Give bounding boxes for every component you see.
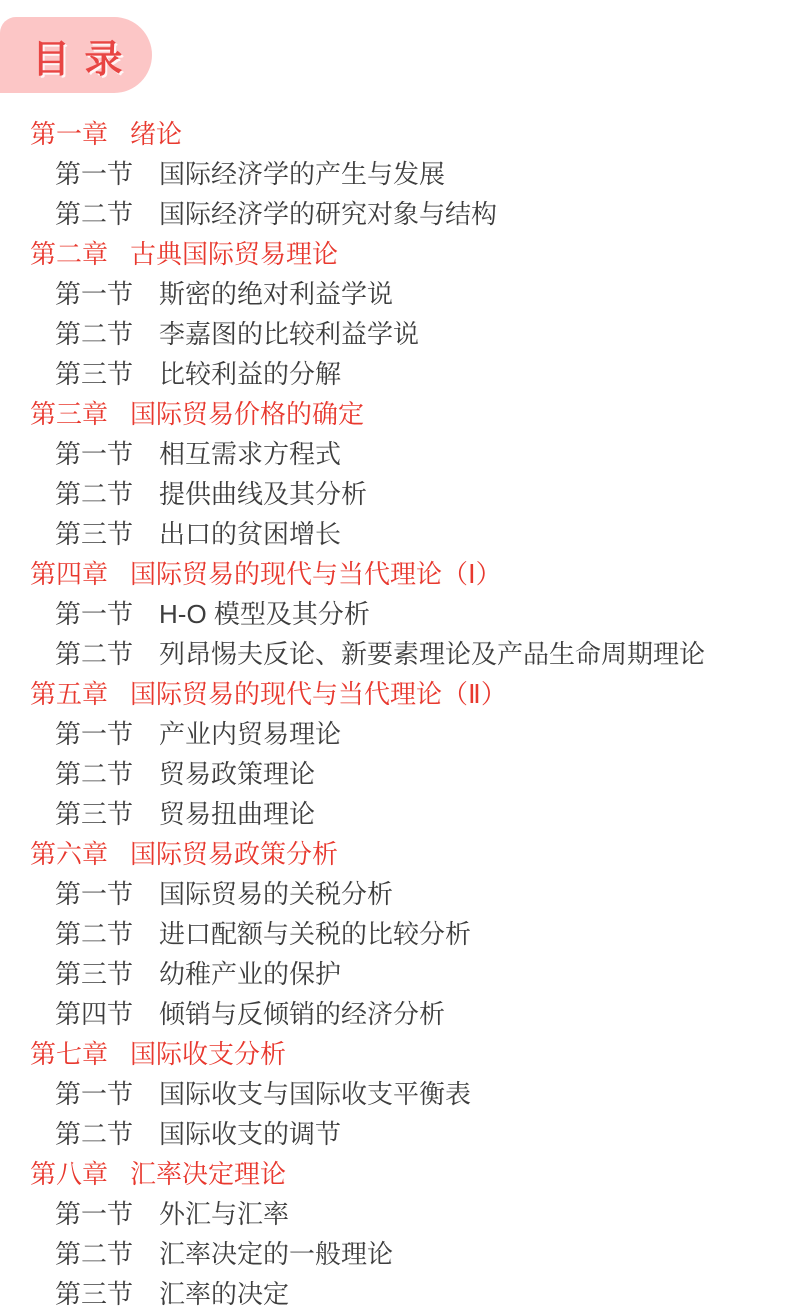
section-title: 外汇与汇率 [159, 1194, 289, 1234]
chapter-title: 国际贸易的现代与当代理论（Ⅰ） [130, 554, 502, 594]
section-label: 第一节 [55, 274, 133, 314]
section-row: 第一节外汇与汇率 [0, 1194, 790, 1234]
section-title: 国际贸易的关税分析 [159, 874, 393, 914]
section-row: 第一节产业内贸易理论 [0, 714, 790, 754]
section-row: 第二节提供曲线及其分析 [0, 474, 790, 514]
chapter-row: 第八章汇率决定理论 [0, 1154, 790, 1194]
section-row: 第二节贸易政策理论 [0, 754, 790, 794]
section-title: 国际经济学的产生与发展 [159, 154, 445, 194]
section-title: 倾销与反倾销的经济分析 [159, 994, 445, 1034]
section-title: 国际收支与国际收支平衡表 [159, 1074, 471, 1114]
section-row: 第四节倾销与反倾销的经济分析 [0, 994, 790, 1034]
section-title: 进口配额与关税的比较分析 [159, 914, 471, 954]
section-title: 国际经济学的研究对象与结构 [159, 194, 497, 234]
chapter-row: 第五章国际贸易的现代与当代理论（Ⅱ） [0, 674, 790, 714]
section-row: 第三节比较利益的分解 [0, 354, 790, 394]
section-label: 第三节 [55, 954, 133, 994]
section-row: 第二节国际经济学的研究对象与结构 [0, 194, 790, 234]
section-row: 第三节出口的贫困增长 [0, 514, 790, 554]
chapter-row: 第二章古典国际贸易理论 [0, 234, 790, 274]
section-label: 第一节 [55, 594, 133, 634]
section-title: 相互需求方程式 [159, 434, 341, 474]
section-label: 第一节 [55, 434, 133, 474]
chapter-row: 第三章国际贸易价格的确定 [0, 394, 790, 434]
chapter-row: 第四章国际贸易的现代与当代理论（Ⅰ） [0, 554, 790, 594]
section-label: 第一节 [55, 874, 133, 914]
section-label: 第三节 [55, 514, 133, 554]
section-label: 第二节 [55, 914, 133, 954]
section-label: 第二节 [55, 474, 133, 514]
section-title: 贸易政策理论 [159, 754, 315, 794]
section-row: 第二节国际收支的调节 [0, 1114, 790, 1154]
section-title: 提供曲线及其分析 [159, 474, 367, 514]
section-label: 第二节 [55, 194, 133, 234]
section-label: 第四节 [55, 994, 133, 1034]
section-row: 第一节国际经济学的产生与发展 [0, 154, 790, 194]
section-title: 列昂惕夫反论、新要素理论及产品生命周期理论 [159, 634, 705, 674]
chapter-label: 第二章 [30, 234, 108, 274]
section-title: 幼稚产业的保护 [159, 954, 341, 994]
chapter-label: 第三章 [30, 394, 108, 434]
chapter-row: 第六章国际贸易政策分析 [0, 834, 790, 874]
chapter-title: 国际贸易的现代与当代理论（Ⅱ） [130, 674, 507, 714]
section-label: 第一节 [55, 1074, 133, 1114]
section-label: 第二节 [55, 1114, 133, 1154]
chapter-title: 国际贸易政策分析 [130, 834, 338, 874]
chapter-title: 国际贸易价格的确定 [130, 394, 364, 434]
chapter-row: 第一章绪论 [0, 114, 790, 154]
section-label: 第二节 [55, 634, 133, 674]
section-row: 第二节李嘉图的比较利益学说 [0, 314, 790, 354]
section-label: 第二节 [55, 314, 133, 354]
section-row: 第一节H-O 模型及其分析 [0, 594, 790, 634]
chapter-title: 汇率决定理论 [130, 1154, 286, 1194]
section-row: 第一节相互需求方程式 [0, 434, 790, 474]
section-row: 第三节汇率的决定 [0, 1274, 790, 1314]
section-label: 第二节 [55, 754, 133, 794]
section-title: H-O 模型及其分析 [159, 594, 370, 634]
section-label: 第三节 [55, 1274, 133, 1314]
chapter-label: 第八章 [30, 1154, 108, 1194]
section-title: 李嘉图的比较利益学说 [159, 314, 419, 354]
chapter-title: 国际收支分析 [130, 1034, 286, 1074]
section-label: 第二节 [55, 1234, 133, 1274]
chapter-label: 第六章 [30, 834, 108, 874]
section-title: 产业内贸易理论 [159, 714, 341, 754]
section-title: 汇率决定的一般理论 [159, 1234, 393, 1274]
section-label: 第一节 [55, 714, 133, 754]
chapter-title: 古典国际贸易理论 [130, 234, 338, 274]
section-title: 贸易扭曲理论 [159, 794, 315, 834]
section-title: 比较利益的分解 [159, 354, 341, 394]
section-label: 第一节 [55, 1194, 133, 1234]
section-label: 第三节 [55, 794, 133, 834]
toc-header-pill: 目 录 [0, 17, 152, 93]
section-row: 第二节进口配额与关税的比较分析 [0, 914, 790, 954]
page-title: 目 录 [0, 28, 125, 83]
section-title: 汇率的决定 [159, 1274, 289, 1314]
section-title: 国际收支的调节 [159, 1114, 341, 1154]
section-row: 第一节国际收支与国际收支平衡表 [0, 1074, 790, 1114]
section-row: 第一节国际贸易的关税分析 [0, 874, 790, 914]
chapter-row: 第七章国际收支分析 [0, 1034, 790, 1074]
chapter-title: 绪论 [130, 114, 182, 154]
section-title: 出口的贫困增长 [159, 514, 341, 554]
section-row: 第一节斯密的绝对利益学说 [0, 274, 790, 314]
chapter-label: 第一章 [30, 114, 108, 154]
section-title: 斯密的绝对利益学说 [159, 274, 393, 314]
chapter-label: 第七章 [30, 1034, 108, 1074]
section-label: 第一节 [55, 154, 133, 194]
section-label: 第三节 [55, 354, 133, 394]
section-row: 第二节汇率决定的一般理论 [0, 1234, 790, 1274]
chapter-label: 第五章 [30, 674, 108, 714]
table-of-contents: 第一章绪论第一节国际经济学的产生与发展第二节国际经济学的研究对象与结构第二章古典… [0, 114, 790, 1314]
section-row: 第三节贸易扭曲理论 [0, 794, 790, 834]
section-row: 第三节幼稚产业的保护 [0, 954, 790, 994]
section-row: 第二节列昂惕夫反论、新要素理论及产品生命周期理论 [0, 634, 790, 674]
chapter-label: 第四章 [30, 554, 108, 594]
